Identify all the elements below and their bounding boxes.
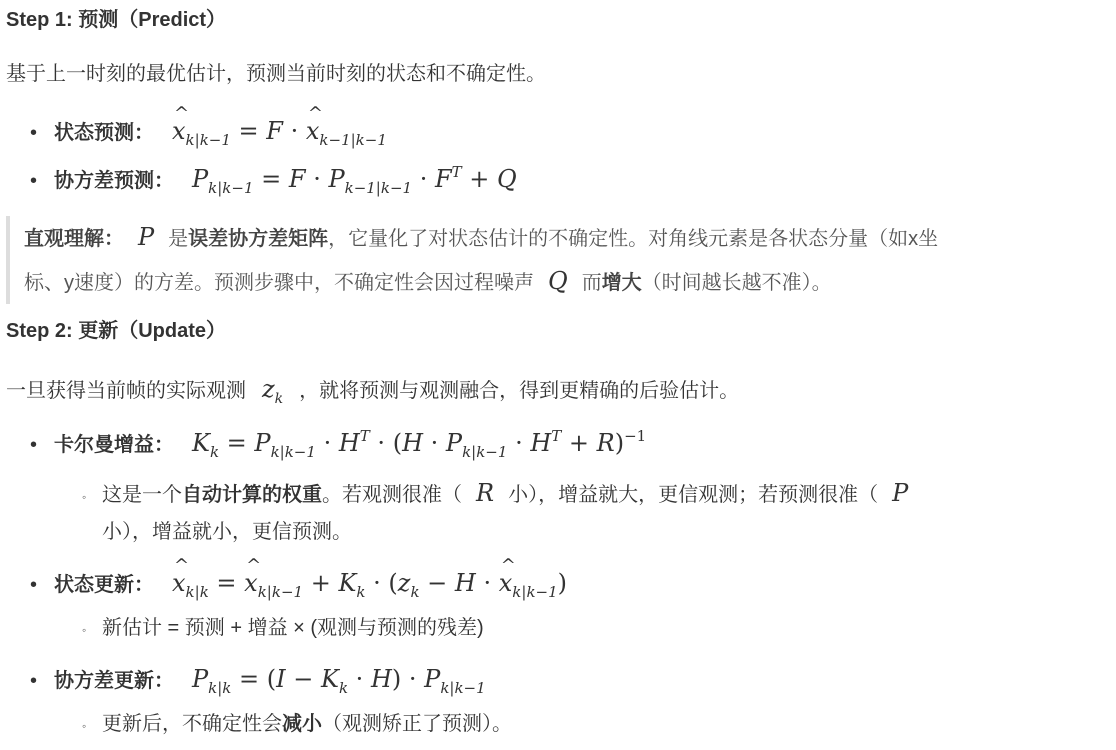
bullet-icon: • xyxy=(30,569,54,601)
blockquote-line-2: 标、y速度）的方差。预测步骤中，不确定性会因过程噪声Q而增大（时间越长越不准）。 xyxy=(24,260,1116,304)
list-item-kalman-gain: • 卡尔曼增益： Kk = Pk|k−1 · HT · (H · Pk|k−1 … xyxy=(30,424,646,464)
note-label: 直观理解： xyxy=(24,228,124,250)
note-text: 标、y速度）的方差。预测步骤中，不确定性会因过程噪声 xyxy=(24,272,534,294)
item-label: 状态预测： xyxy=(54,117,154,149)
note-text: 而 xyxy=(582,272,602,294)
sub-text: 。若观测很准（ xyxy=(322,479,462,511)
sub-text: （观测矫正了预测）。 xyxy=(322,708,512,740)
note-bold: 增大 xyxy=(602,272,642,294)
step2-heading: Step 2: 更新（Update） xyxy=(6,315,226,347)
list-item-state-predict: • 状态预测： xk|k−1 = F · xk−1|k−1 xyxy=(30,112,387,152)
bullet-icon: • xyxy=(30,165,54,197)
list-item-state-update: • 状态更新： xk|k = xk|k−1 + Kk · (zk − H · x… xyxy=(30,564,567,604)
formula-state-update: xk|k = xk|k−1 + Kk · (zk − H · xk|k−1) xyxy=(172,564,567,604)
symbol-p: P xyxy=(138,223,154,251)
item-label: 协方差预测： xyxy=(54,165,174,197)
bullet-icon: • xyxy=(30,117,54,149)
symbol-zk: zk xyxy=(262,375,283,403)
sub-text: 小），增益就小，更信预测。 xyxy=(102,516,352,548)
sub-item-state-explain: ◦ 新估计 = 预测 + 增益 × (观测与预测的残差) xyxy=(82,612,484,644)
sub-text: 更新后，不确定性会 xyxy=(102,708,282,740)
list-item-cov-update: • 协方差更新： Pk|k = (I − Kk · H) · Pk|k−1 xyxy=(30,660,486,700)
sub-item-cov-explain: ◦ 更新后，不确定性会减小（观测矫正了预测）。 xyxy=(82,708,512,740)
sub-item-gain-explain-cont: 小），增益就小，更信预测。 xyxy=(102,516,352,548)
bullet-icon: • xyxy=(30,665,54,697)
step1-heading: Step 1: 预测（Predict） xyxy=(6,4,226,36)
note-text: 是 xyxy=(168,228,188,250)
item-label: 卡尔曼增益： xyxy=(54,429,174,461)
formula-cov-predict: Pk|k−1 = F · Pk−1|k−1 · FT + Q xyxy=(192,160,517,200)
formula-state-predict: xk|k−1 = F · xk−1|k−1 xyxy=(172,112,387,152)
list-item-cov-predict: • 协方差预测： Pk|k−1 = F · Pk−1|k−1 · FT + Q xyxy=(30,160,517,200)
sub-bold: 减小 xyxy=(282,708,322,740)
intro-text: 一旦获得当前帧的实际观测 xyxy=(6,380,246,402)
sub-text: 新估计 = 预测 + 增益 × (观测与预测的残差) xyxy=(102,612,484,644)
sub-text: 这是一个 xyxy=(102,479,182,511)
item-label: 协方差更新： xyxy=(54,665,174,697)
note-bold: 误差协方差矩阵 xyxy=(188,228,328,250)
formula-kalman-gain: Kk = Pk|k−1 · HT · (H · Pk|k−1 · HT + R)… xyxy=(192,424,646,464)
symbol-q: Q xyxy=(548,267,568,295)
step1-intro: 基于上一时刻的最优估计，预测当前时刻的状态和不确定性。 xyxy=(6,58,546,90)
step2-intro: 一旦获得当前帧的实际观测zk，就将预测与观测融合，得到更精确的后验估计。 xyxy=(6,370,739,410)
intro-text: ，就将预测与观测融合，得到更精确的后验估计。 xyxy=(299,380,739,402)
sub-bold: 自动计算的权重 xyxy=(182,479,322,511)
symbol-p: P xyxy=(892,474,908,512)
sub-text: 小），增益就大，更信观测；若预测很准（ xyxy=(508,479,878,511)
circle-bullet-icon: ◦ xyxy=(82,621,102,640)
formula-cov-update: Pk|k = (I − Kk · H) · Pk|k−1 xyxy=(192,660,486,700)
sub-item-gain-explain: ◦ 这是一个自动计算的权重。若观测很准（R小），增益就大，更信观测；若预测很准（… xyxy=(82,474,922,512)
circle-bullet-icon: ◦ xyxy=(82,717,102,736)
note-text: （时间越长越不准）。 xyxy=(642,272,832,294)
intuition-blockquote: 直观理解：P是误差协方差矩阵，它量化了对状态估计的不确定性。对角线元素是各状态分… xyxy=(6,216,1116,304)
circle-bullet-icon: ◦ xyxy=(82,488,102,507)
note-text: ，它量化了对状态估计的不确定性。对角线元素是各状态分量（如x坐 xyxy=(328,228,938,250)
item-label: 状态更新： xyxy=(54,569,154,601)
blockquote-line-1: 直观理解：P是误差协方差矩阵，它量化了对状态估计的不确定性。对角线元素是各状态分… xyxy=(24,216,1116,260)
bullet-icon: • xyxy=(30,429,54,461)
symbol-r: R xyxy=(476,474,494,512)
